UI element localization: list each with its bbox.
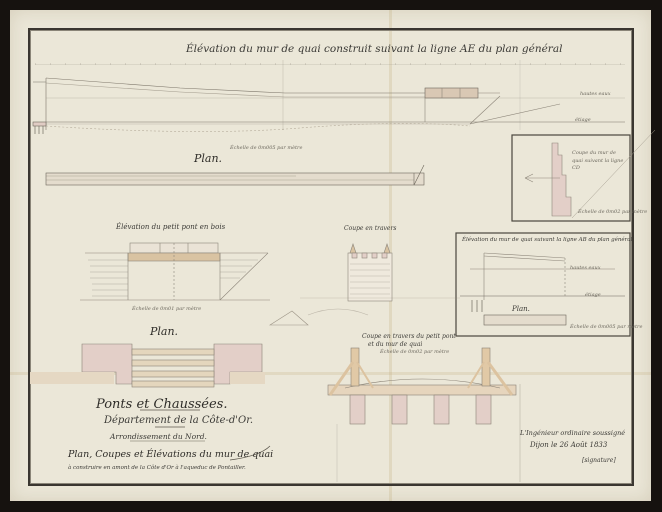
- title-block-service: Ponts et Chaussées.: [96, 398, 227, 411]
- main-elevation-scale: Échelle de 0m005 par mètre: [230, 146, 302, 151]
- main-elevation-title: Élévation du mur de quai construit suiva…: [186, 44, 562, 55]
- bridge-section-title: Coupe en travers du petit pont: [362, 334, 456, 340]
- secondary-elevation-title: Élévation du mur de quai suivant la lign…: [462, 238, 632, 244]
- bridge-plan-title: Plan.: [150, 326, 178, 337]
- secondary-water-high-label: hautes eaux: [570, 266, 601, 271]
- signature: [signature]: [582, 458, 616, 464]
- title-block-arrondissement: Arrondissement du Nord.: [110, 433, 207, 441]
- signature-engineer-title: L'Ingénieur ordinaire soussigné: [520, 430, 625, 437]
- main-water-high-label: hautes eaux: [580, 92, 611, 97]
- bridge-section-scale: Échelle de 0m02 par mètre: [380, 350, 449, 355]
- title-block-department: Département de la Côte-d'Or.: [104, 416, 253, 426]
- cross-section-title: Coupe en travers: [344, 226, 396, 232]
- main-water-low-label: étiage: [575, 118, 591, 123]
- bridge-elevation-title: Élévation du petit pont en bois: [116, 224, 225, 231]
- wall-section-scale: Échelle de 0m02 par mètre: [578, 210, 647, 215]
- bridge-section-subtitle: et du mur de quai: [368, 342, 422, 348]
- bridge-elevation-scale: Échelle de 0m01 par mètre: [132, 307, 201, 312]
- wall-section-title: Coupe du mur de quai suivant la ligne CD: [572, 150, 627, 173]
- secondary-plan-label: Plan.: [512, 306, 530, 313]
- title-block-subject: Plan, Coupes et Élévations du mur de qua…: [68, 450, 273, 460]
- secondary-elevation-scale: Échelle de 0m005 par mètre: [570, 325, 642, 330]
- signature-place-date: Dijon le 26 Août 1833: [530, 442, 607, 449]
- top-plan-title: Plan.: [194, 153, 222, 164]
- secondary-water-low-label: étiage: [585, 293, 601, 298]
- title-block-location: à construire en amont de la Côte d'Or à …: [68, 466, 246, 472]
